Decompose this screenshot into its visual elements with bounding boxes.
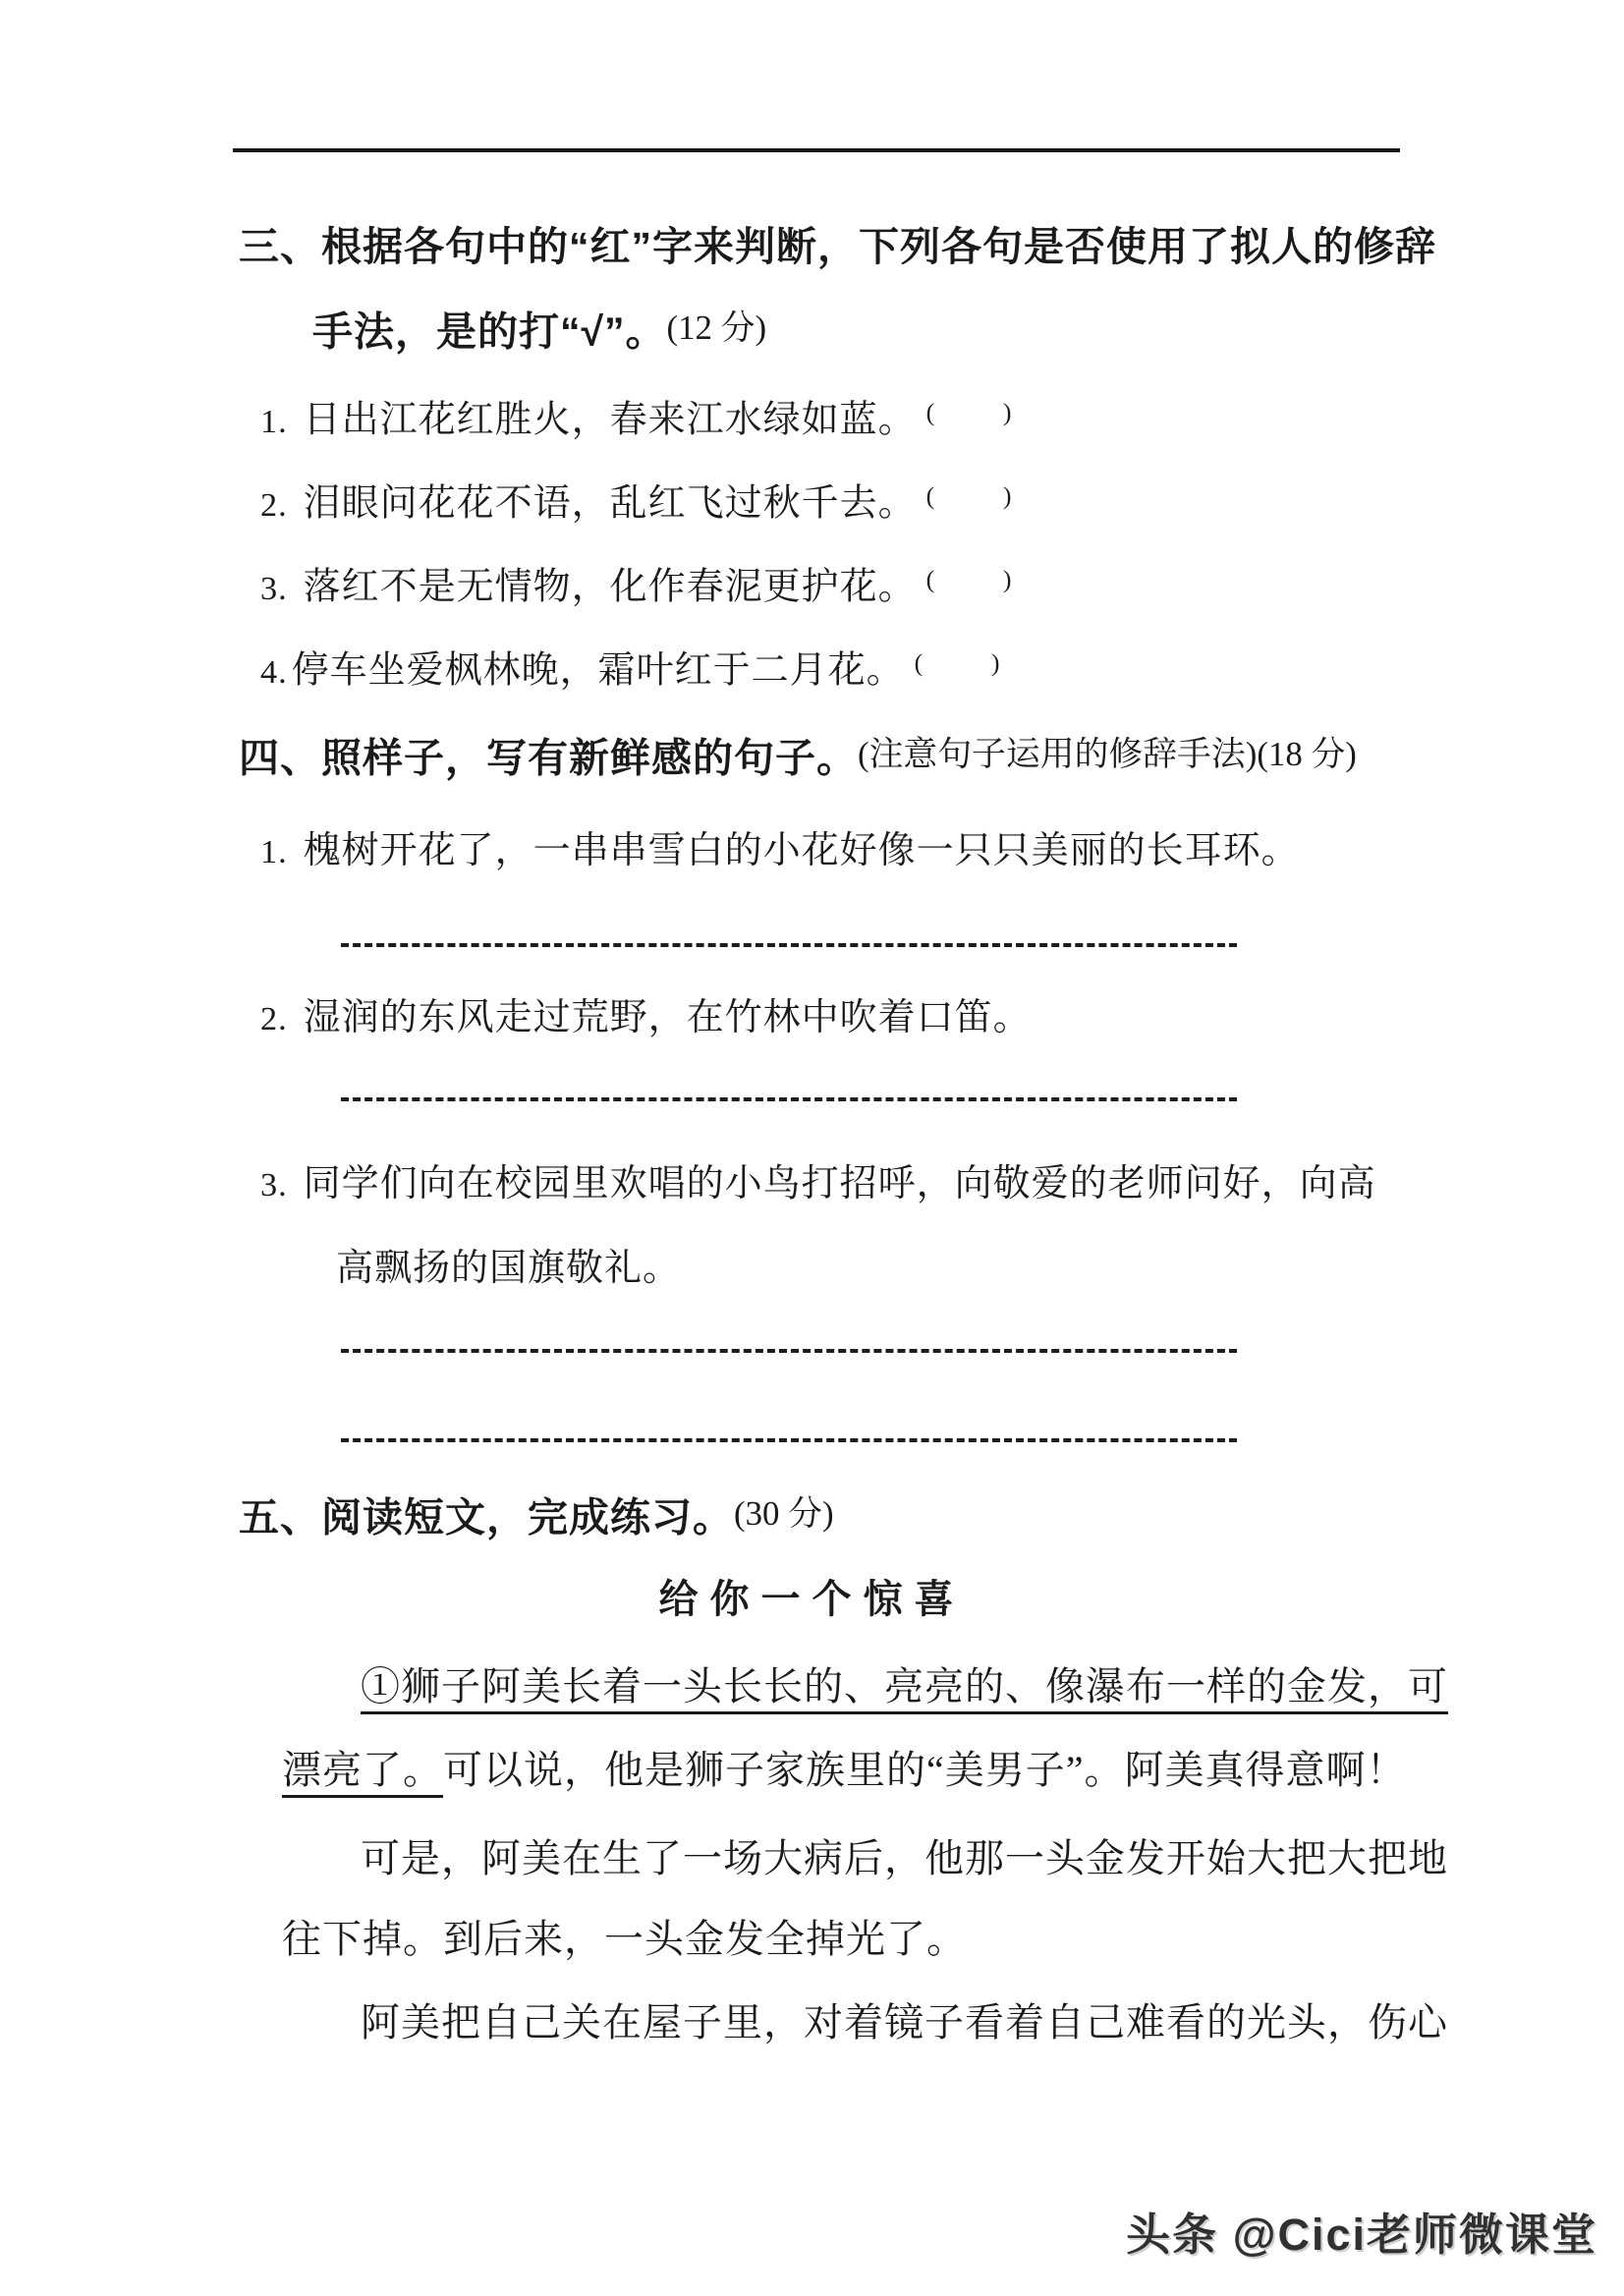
answer-bracket: ( ) bbox=[926, 565, 1018, 593]
passage-text: 可是，阿美在生了一场大病后，他那一头金发开始大把大把地 bbox=[361, 1836, 1448, 1880]
passage-text: 阿美把自己关在屋子里，对着镜子看着自己难看的光头，伤心 bbox=[361, 2000, 1448, 2044]
section5-score: (30 分) bbox=[734, 1494, 834, 1533]
watermark: 头条 @Cici老师微课堂 bbox=[1126, 2212, 1597, 2257]
question-item: 4.停车坐爱枫林晚，霜叶红于二月花。( ) bbox=[260, 650, 1006, 690]
item-text: 停车坐爱枫林晚，霜叶红于二月花。 bbox=[292, 650, 905, 692]
passage-text: 可以说，他是狮子家族里的“美男子”。阿美真得意啊！ bbox=[443, 1748, 1407, 1792]
section3-title-line2: 手法，是的打“√”。 bbox=[312, 308, 667, 354]
passage-text: 往下掉。到后来，一头金发全掉光了。 bbox=[282, 1917, 967, 1961]
worksheet-page: 三、根据各句中的“红”字来判断，下列各句是否使用了拟人的修辞 手法，是的打“√”… bbox=[0, 0, 1624, 2296]
answer-line bbox=[341, 943, 1237, 947]
item-number: 1. bbox=[260, 834, 288, 870]
item-text: 落红不是无情物，化作春泥更护花。 bbox=[304, 567, 917, 608]
question-item: 3.同学们向在校园里欢唱的小鸟打招呼，向敬爱的老师问好，向高 bbox=[260, 1165, 1376, 1203]
question-item-continuation: 高飘扬的国旗敬礼。 bbox=[336, 1250, 681, 1287]
answer-bracket: ( ) bbox=[926, 398, 1018, 426]
passage-line: ①狮子阿美长着一头长长的、亮亮的、像瀑布一样的金发，可 bbox=[361, 1667, 1448, 1707]
passage-line: 可是，阿美在生了一场大病后，他那一头金发开始大把大把地 bbox=[361, 1839, 1448, 1878]
item-text: 日出江花红胜火，春来江水绿如蓝。 bbox=[304, 400, 917, 441]
underlined-sentence: 漂亮了。 bbox=[282, 1748, 443, 1792]
answer-bracket: ( ) bbox=[926, 481, 1018, 510]
answer-line bbox=[341, 1349, 1237, 1353]
passage-line: 往下掉。到后来，一头金发全掉光了。 bbox=[282, 1920, 967, 1959]
section3-label: 三、 bbox=[239, 224, 321, 269]
passage-title: 给你一个惊喜 bbox=[0, 1580, 1624, 1619]
section4-title: 照样子，写有新鲜感的句子。 bbox=[321, 735, 858, 780]
section4-note: (注意句子运用的修辞手法) bbox=[858, 735, 1257, 773]
item-text: 槐树开花了，一串串雪白的小花好像一只只美丽的长耳环。 bbox=[304, 830, 1300, 871]
question-item: 2.湿润的东风走过荒野，在竹林中吹着口笛。 bbox=[260, 999, 1032, 1036]
item-text: 同学们向在校园里欢唱的小鸟打招呼，向敬爱的老师问好，向高 bbox=[304, 1163, 1376, 1204]
item-text: 高飘扬的国旗敬礼。 bbox=[336, 1248, 681, 1289]
item-number: 3. bbox=[260, 571, 288, 607]
section3-heading-line1: 三、根据各句中的“红”字来判断，下列各句是否使用了拟人的修辞 bbox=[239, 227, 1436, 267]
question-item: 1.日出江花红胜火，春来江水绿如蓝。( ) bbox=[260, 400, 1018, 439]
section3-title-line1: 根据各句中的“红”字来判断，下列各句是否使用了拟人的修辞 bbox=[321, 224, 1436, 269]
item-number: 1. bbox=[260, 404, 288, 440]
underlined-sentence: ①狮子阿美长着一头长长的、亮亮的、像瀑布一样的金发，可 bbox=[361, 1664, 1448, 1708]
item-text: 泪眼问花花不语，乱红飞过秋千去。 bbox=[304, 483, 917, 525]
item-text: 湿润的东风走过荒野，在竹林中吹着口笛。 bbox=[304, 997, 1032, 1038]
answer-bracket: ( ) bbox=[915, 648, 1006, 677]
section4-score: (18 分) bbox=[1257, 735, 1357, 773]
section3-score: (12 分) bbox=[667, 308, 767, 347]
section5-heading: 五、阅读短文，完成练习。(30 分) bbox=[239, 1497, 834, 1538]
answer-line bbox=[341, 1438, 1237, 1442]
section4-label: 四、 bbox=[239, 735, 321, 780]
question-item: 1.槐树开花了，一串串雪白的小花好像一只只美丽的长耳环。 bbox=[260, 832, 1300, 869]
section5-label: 五、 bbox=[239, 1494, 321, 1540]
item-number: 4. bbox=[260, 654, 288, 691]
question-item: 2.泪眼问花花不语，乱红飞过秋千去。( ) bbox=[260, 483, 1018, 523]
passage-line: 漂亮了。可以说，他是狮子家族里的“美男子”。阿美真得意啊！ bbox=[282, 1751, 1407, 1790]
top-rule bbox=[233, 148, 1400, 152]
section4-heading: 四、照样子，写有新鲜感的句子。(注意句子运用的修辞手法)(18 分) bbox=[239, 738, 1357, 778]
section5-title: 阅读短文，完成练习。 bbox=[321, 1494, 734, 1540]
item-number: 2. bbox=[260, 487, 288, 524]
question-item: 3.落红不是无情物，化作春泥更护花。( ) bbox=[260, 567, 1018, 606]
answer-line bbox=[341, 1097, 1237, 1101]
passage-line: 阿美把自己关在屋子里，对着镜子看着自己难看的光头，伤心 bbox=[361, 2003, 1448, 2043]
item-number: 2. bbox=[260, 1001, 288, 1037]
section3-heading-line2: 手法，是的打“√”。(12 分) bbox=[312, 311, 766, 352]
item-number: 3. bbox=[260, 1167, 288, 1204]
